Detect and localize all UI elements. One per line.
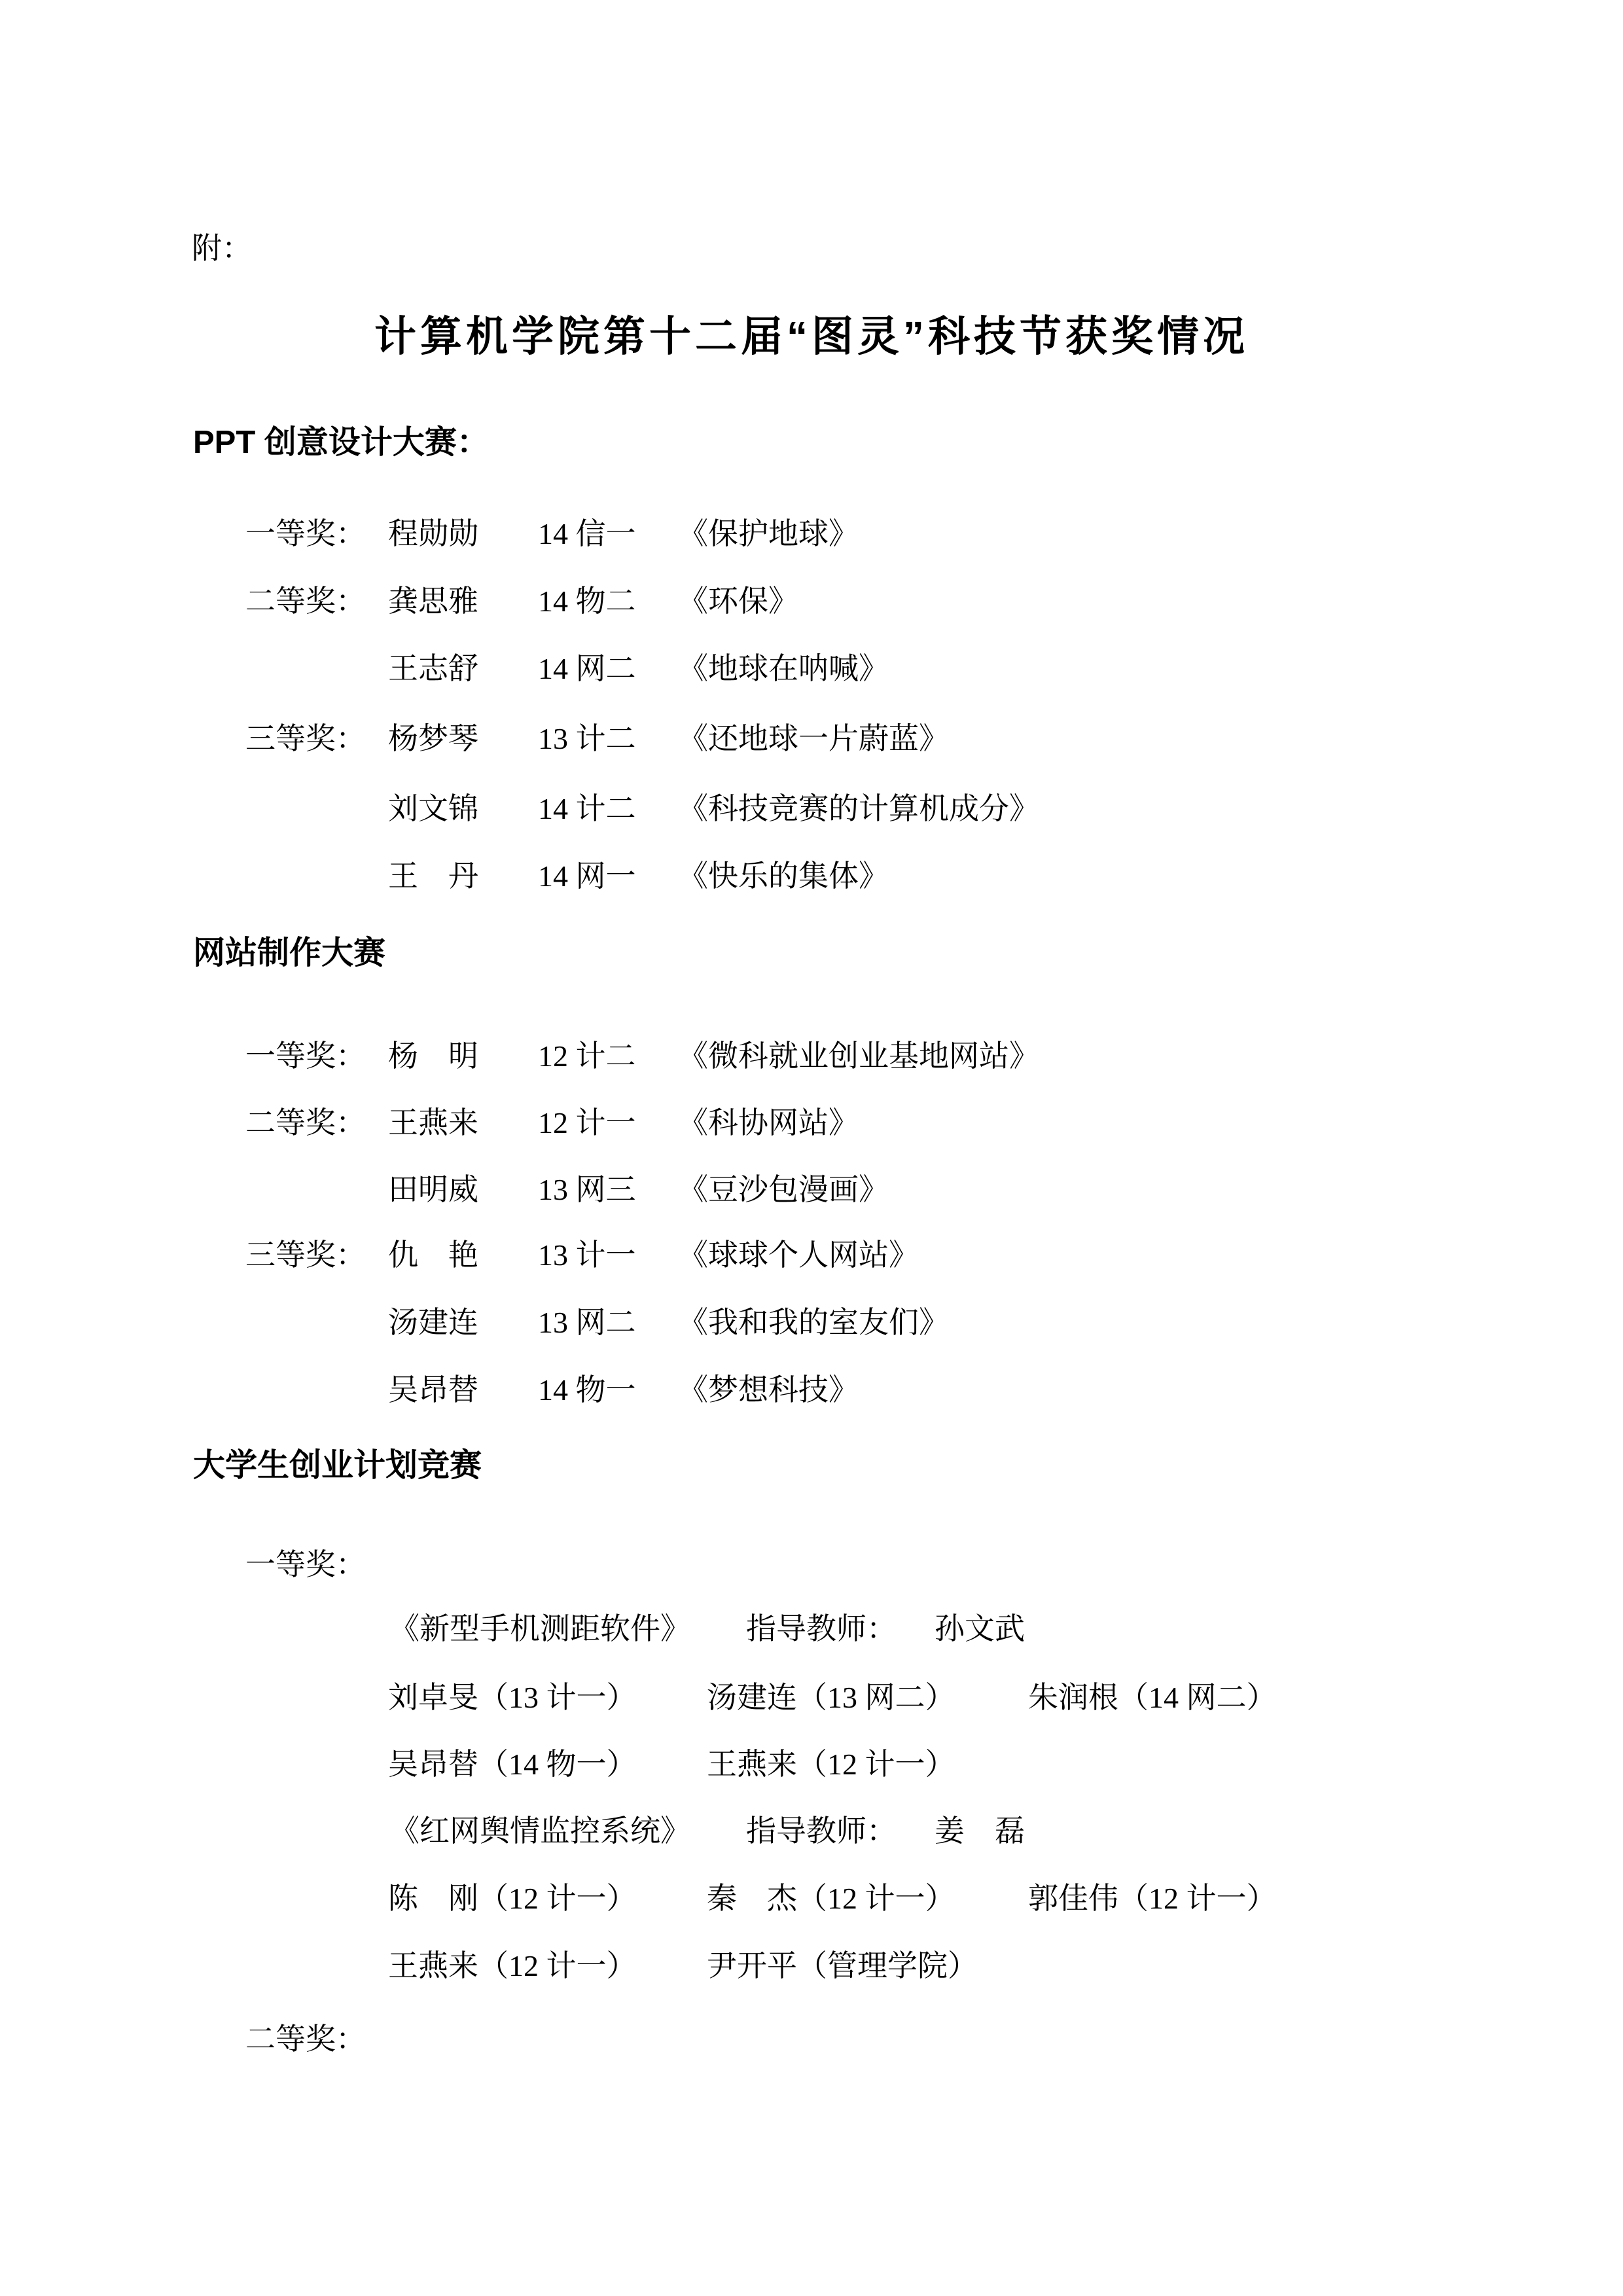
work-title: 《豆沙包漫画》: [678, 1173, 889, 1208]
members-row: 王燕来（12 计一） 尹开平（管理学院）: [0, 1949, 1623, 1986]
award-row: 二等奖： 王燕来 12 计一 《科协网站》: [0, 1106, 1623, 1143]
winner-name: 仇 艳: [388, 1238, 478, 1273]
award-rank-label: 二等奖：: [245, 2022, 366, 2057]
work-title: 《球球个人网站》: [678, 1238, 919, 1273]
member-name: 朱润根（14 网二）: [1028, 1681, 1277, 1715]
advisor-name: 孙文武: [935, 1612, 1025, 1647]
member-name: 王燕来（12 计一）: [707, 1748, 955, 1782]
member-name: 吴昂替（14 物一）: [388, 1748, 637, 1782]
section-heading-ppt-contest: PPT 创意设计大赛：: [193, 425, 489, 461]
winner-name: 杨梦琴: [388, 722, 478, 757]
work-title: 《还地球一片蔚蓝》: [678, 722, 949, 757]
award-row: 王 丹 14 网一 《快乐的集体》: [0, 859, 1623, 896]
award-rank-label: 二等奖：: [245, 584, 366, 619]
page-title: 计算机学院第十二届“图灵”科技节获奖情况: [0, 313, 1623, 361]
winner-name: 吴昂替: [388, 1373, 478, 1408]
award-row: 汤建连 13 网二 《我和我的室友们》: [0, 1306, 1623, 1342]
work-title: 《环保》: [678, 584, 798, 619]
award-rank-label: 一等奖：: [245, 1548, 366, 1583]
work-title: 《我和我的室友们》: [678, 1306, 949, 1340]
member-name: 汤建连（13 网二）: [707, 1681, 955, 1715]
award-row: 三等奖： 仇 艳 13 计一 《球球个人网站》: [0, 1238, 1623, 1275]
section-heading-entrepreneurship-contest: 大学生创业计划竞赛: [193, 1448, 482, 1484]
members-row: 陈 刚（12 计一） 秦 杰（12 计一） 郭佳伟（12 计一）: [0, 1882, 1623, 1918]
advisor-label: 指导教师：: [746, 1612, 897, 1647]
winner-class: 12 计一: [538, 1106, 636, 1141]
award-row: 刘文锦 14 计二 《科技竞赛的计算机成分》: [0, 792, 1623, 829]
member-name: 尹开平（管理学院）: [707, 1949, 978, 1984]
winner-name: 汤建连: [388, 1306, 478, 1340]
work-title: 《保护地球》: [678, 517, 859, 552]
project-row: 《新型手机测距软件》 指导教师： 孙文武: [0, 1612, 1623, 1649]
award-row: 王志舒 14 网二 《地球在呐喊》: [0, 652, 1623, 689]
winner-class: 12 计二: [538, 1039, 636, 1074]
work-title: 《梦想科技》: [678, 1373, 859, 1408]
work-title: 《快乐的集体》: [678, 859, 889, 894]
winner-name: 田明威: [388, 1173, 478, 1208]
winner-class: 14 物二: [538, 584, 636, 619]
award-rank-label: 三等奖：: [245, 722, 366, 757]
work-title: 《微科就业创业基地网站》: [678, 1039, 1039, 1074]
members-row: 刘卓旻（13 计一） 汤建连（13 网二） 朱润根（14 网二）: [0, 1681, 1623, 1717]
project-title: 《红网舆情监控系统》: [389, 1814, 690, 1849]
winner-name: 王 丹: [388, 859, 478, 894]
attachment-label: 附：: [192, 230, 252, 266]
award-row: 一等奖： 程勋勋 14 信一 《保护地球》: [0, 517, 1623, 554]
member-name: 郭佳伟（12 计一）: [1028, 1882, 1277, 1916]
award-rank-label: 二等奖：: [245, 1106, 366, 1141]
award-rank-line: 二等奖：: [0, 2022, 1623, 2059]
winner-name: 刘文锦: [388, 792, 478, 827]
award-rank-label: 一等奖：: [245, 517, 366, 552]
award-rank-line: 一等奖：: [0, 1548, 1623, 1585]
members-row: 吴昂替（14 物一） 王燕来（12 计一）: [0, 1748, 1623, 1784]
winner-class: 13 计二: [538, 722, 636, 757]
work-title: 《科技竞赛的计算机成分》: [678, 792, 1039, 827]
project-title: 《新型手机测距软件》: [389, 1612, 690, 1647]
winner-name: 程勋勋: [388, 517, 478, 552]
project-row: 《红网舆情监控系统》 指导教师： 姜 磊: [0, 1814, 1623, 1851]
member-name: 刘卓旻（13 计一）: [388, 1681, 637, 1715]
section-heading-website-contest: 网站制作大赛: [193, 936, 385, 971]
award-row: 吴昂替 14 物一 《梦想科技》: [0, 1373, 1623, 1410]
winner-class: 13 网三: [538, 1173, 636, 1208]
advisor-label: 指导教师：: [746, 1814, 897, 1849]
award-rank-label: 三等奖：: [245, 1238, 366, 1273]
winner-name: 杨 明: [388, 1039, 478, 1074]
winner-name: 王燕来: [388, 1106, 478, 1141]
winner-name: 王志舒: [388, 652, 478, 687]
winner-class: 13 计一: [538, 1238, 636, 1273]
winner-class: 14 物一: [538, 1373, 636, 1408]
winner-class: 14 网二: [538, 652, 636, 687]
winner-class: 14 网一: [538, 859, 636, 894]
document-page: 附： 计算机学院第十二届“图灵”科技节获奖情况 PPT 创意设计大赛： 一等奖：…: [0, 0, 1623, 2296]
award-row: 田明威 13 网三 《豆沙包漫画》: [0, 1173, 1623, 1210]
advisor-name: 姜 磊: [935, 1814, 1025, 1849]
award-row: 一等奖： 杨 明 12 计二 《微科就业创业基地网站》: [0, 1039, 1623, 1076]
winner-class: 14 计二: [538, 792, 636, 827]
winner-name: 龚思雅: [388, 584, 478, 619]
award-rank-label: 一等奖：: [245, 1039, 366, 1074]
member-name: 秦 杰（12 计一）: [707, 1882, 955, 1916]
work-title: 《地球在呐喊》: [678, 652, 889, 687]
member-name: 王燕来（12 计一）: [388, 1949, 637, 1984]
award-row: 二等奖： 龚思雅 14 物二 《环保》: [0, 584, 1623, 621]
member-name: 陈 刚（12 计一）: [388, 1882, 637, 1916]
work-title: 《科协网站》: [678, 1106, 859, 1141]
award-row: 三等奖： 杨梦琴 13 计二 《还地球一片蔚蓝》: [0, 722, 1623, 759]
winner-class: 14 信一: [538, 517, 636, 552]
winner-class: 13 网二: [538, 1306, 636, 1340]
